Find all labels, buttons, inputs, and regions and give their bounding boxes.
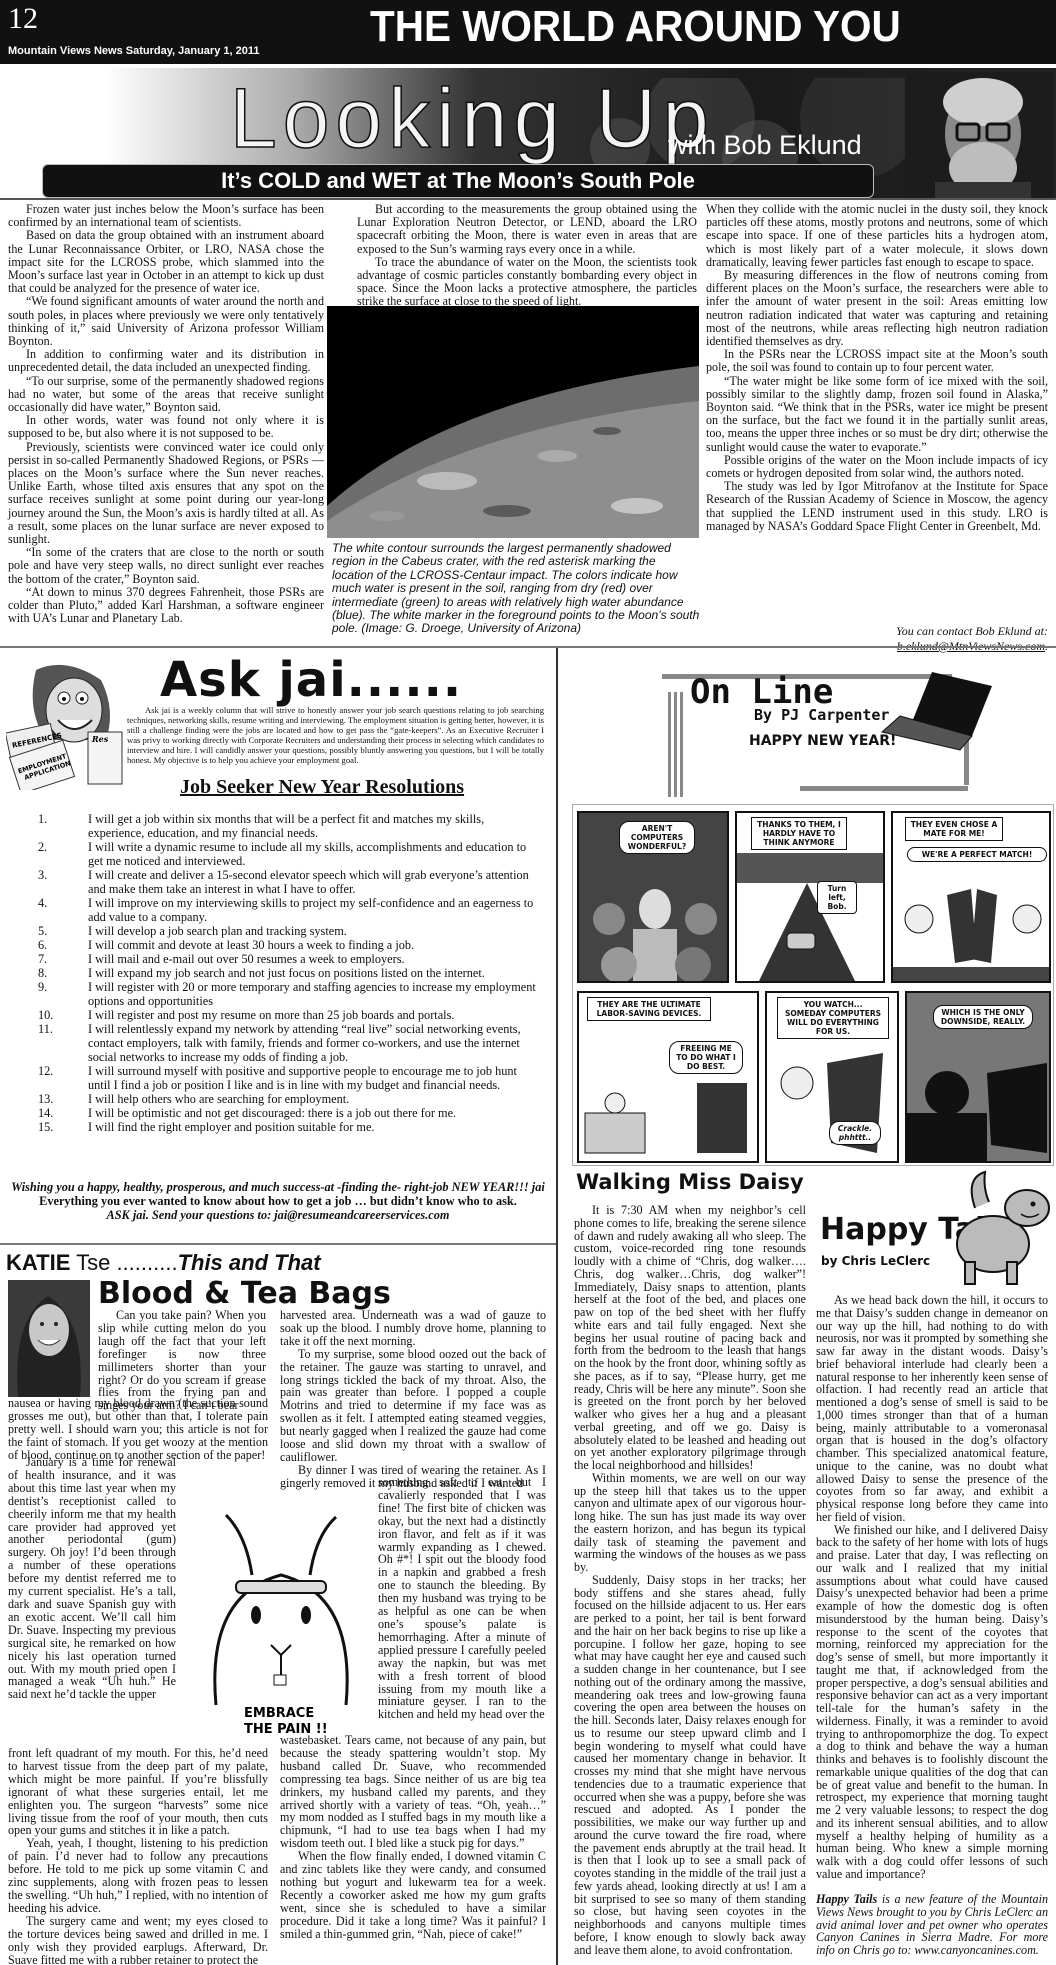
item-number: 10. <box>38 1008 88 1022</box>
armchair-drawing-icon <box>579 1083 759 1163</box>
paragraph: Previously, scientists were convinced wa… <box>8 441 324 547</box>
list-item: 13.I will help others who are searching … <box>38 1092 538 1106</box>
bunny-embrace-the-pain-illustration: EMBRACE THE PAIN !! <box>186 1505 376 1745</box>
item-number: 8. <box>38 966 88 980</box>
list-item: 6.I will commit and devote at least 30 h… <box>38 938 538 952</box>
author-photo-katie-tse <box>8 1280 90 1397</box>
paragraph: nausea or having my blood drawn (the suc… <box>8 1397 268 1462</box>
item-number: 12. <box>38 1064 88 1092</box>
happy-tails-byline: by Chris LeClerc <box>821 1254 930 1268</box>
ask-jai-intro: Ask jai is a weekly column that will str… <box>127 705 544 765</box>
item-text: I will mail and e-mail out over 50 resum… <box>88 952 538 966</box>
caption-box: THANKS TO THEM, I HARDLY HAVE TO THINK A… <box>751 817 847 850</box>
item-text: I will develop a job search plan and tra… <box>88 924 538 938</box>
caption-box: YOU WATCH... SOMEDAY COMPUTERS WILL DO E… <box>777 997 889 1039</box>
katie-column-2-bottom: wastebasket. Tears came, not because of … <box>280 1734 546 1941</box>
speech-balloon: WHICH IS THE ONLY DOWNSIDE, REALLY. <box>933 1005 1033 1029</box>
resolutions-heading: Job Seeker New Year Resolutions <box>180 776 464 799</box>
item-text: I will write a dynamic resume to include… <box>88 840 538 868</box>
item-number: 13. <box>38 1092 88 1106</box>
item-text: I will help others who are searching for… <box>88 1092 538 1106</box>
man-at-computer-drawing-icon <box>767 1043 899 1163</box>
column-divider <box>556 648 558 1965</box>
paragraph: “To our surprise, some of the permanentl… <box>8 375 324 415</box>
item-text: I will create and deliver a 15-second el… <box>88 868 538 896</box>
list-item: 14.I will be optimistic and not get disc… <box>38 1106 538 1120</box>
online-byline: By PJ Carpenter <box>754 706 889 724</box>
item-number: 3. <box>38 868 88 896</box>
item-number: 14. <box>38 1106 88 1120</box>
byline-surname: Tse .......... <box>70 1250 177 1275</box>
list-item: 7.I will mail and e-mail out over 50 res… <box>38 952 538 966</box>
moon-article-column-3: When they collide with the atomic nuclei… <box>706 203 1048 533</box>
speech-balloon: Turn left, Bob. <box>817 881 857 914</box>
item-text: I will expand my job search and not just… <box>88 966 538 980</box>
paragraph: By measuring differences in the flow of … <box>706 269 1048 348</box>
author-contact: You can contact Bob Eklund at: b.eklund@… <box>744 624 1048 654</box>
list-item: 5.I will develop a job search plan and t… <box>38 924 538 938</box>
paragraph: “The water might be like some form of ic… <box>706 375 1048 454</box>
laptop-icon <box>882 672 992 750</box>
speech-balloon: FREEING ME TO DO WHAT I DO BEST. <box>669 1041 743 1074</box>
item-number: 11. <box>38 1022 88 1064</box>
item-number: 6. <box>38 938 88 952</box>
katie-column-1-bottom: front left quadrant of my mouth. For thi… <box>8 1747 268 1965</box>
moon-crater-photo <box>327 306 699 538</box>
comic-panel-3: THEY EVEN CHOSE A MATE FOR ME! WE'RE A P… <box>891 811 1051 983</box>
ask-jai-title: Ask jai...... <box>160 652 462 708</box>
ask-jai-illustration: REFERENCES EMPLOYMENT APPLICATION Res <box>6 660 124 790</box>
paragraph: To trace the abundance of water on the M… <box>357 256 697 309</box>
item-text: I will relentlessly expand my network by… <box>88 1022 538 1064</box>
comic-panel-1: AREN'T COMPUTERS WONDERFUL? <box>577 811 729 983</box>
paragraph: harvested area. Underneath was a wad of … <box>280 1309 546 1348</box>
item-text: I will commit and devote at least 30 hou… <box>88 938 538 952</box>
list-item: 4.I will improve on my interviewing skil… <box>38 896 538 924</box>
item-text: I will register with 20 or more temporar… <box>88 980 538 1008</box>
paragraph: When the flow finally ended, I downed vi… <box>280 1850 546 1940</box>
paragraph: But according to the measurements the gr… <box>357 203 697 256</box>
paragraph: In the PSRs near the LCROSS impact site … <box>706 348 1048 374</box>
paragraph: In other words, water was found not only… <box>8 414 324 440</box>
item-number: 2. <box>38 840 88 868</box>
item-number: 7. <box>38 952 88 966</box>
contact-prefix: You can contact Bob Eklund at: <box>896 624 1048 638</box>
paragraph: As we head back down the hill, it occurs… <box>816 1294 1048 1524</box>
comic-panel-6: WHICH IS THE ONLY DOWNSIDE, REALLY. <box>905 991 1051 1163</box>
column-byline: with Bob Eklund <box>668 130 862 161</box>
happy-tails-footer: Happy Tails is a new feature of the Moun… <box>816 1893 1048 1957</box>
speech-balloon: WE'RE A PERFECT MATCH! <box>907 847 1047 862</box>
resolutions-list: 1.I will get a job within six months tha… <box>38 812 538 1134</box>
list-item: 1.I will get a job within six months tha… <box>38 812 538 840</box>
item-number: 5. <box>38 924 88 938</box>
comic-panel-4: THEY ARE THE ULTIMATE LABOR-SAVING DEVIC… <box>577 991 759 1163</box>
paragraph: “In some of the craters that are close t… <box>8 546 324 586</box>
katie-tse-byline: KATIE Tse ..........This and That <box>6 1250 321 1276</box>
headline-bar: It’s COLD and WET at The Moon’s South Po… <box>42 164 874 198</box>
comic-panel-2: THANKS TO THEM, I HARDLY HAVE TO THINK A… <box>735 811 885 983</box>
section-divider <box>0 1243 556 1245</box>
katie-column-2-top: harvested area. Underneath was a wad of … <box>280 1309 546 1490</box>
list-item: 10.I will register and post my resume on… <box>38 1008 538 1022</box>
comic-panel-5: YOU WATCH... SOMEDAY COMPUTERS WILL DO E… <box>765 991 899 1163</box>
column-logo-looking-up: Looking Up <box>230 70 715 167</box>
svg-text:THE PAIN !!: THE PAIN !! <box>244 1722 328 1737</box>
katie-article-title: Blood & Tea Bags <box>98 1276 391 1311</box>
item-number: 1. <box>38 812 88 840</box>
crowd-drawing-icon <box>579 869 729 983</box>
publication-line: Mountain Views News Saturday, January 1,… <box>8 45 259 57</box>
paragraph: “At down to minus 370 degrees Fahrenheit… <box>8 586 324 626</box>
paragraph: Based on data the group obtained with an… <box>8 229 324 295</box>
list-item: 3.I will create and deliver a 15-second … <box>38 868 538 896</box>
walking-daisy-column-2: As we head back down the hill, it occurs… <box>816 1294 1048 1881</box>
sound-effect-balloon: Crackle. phhttt.. <box>829 1121 881 1145</box>
masthead: 12 Mountain Views News Saturday, January… <box>0 0 1056 64</box>
svg-text:Res: Res <box>91 734 109 744</box>
paragraph: January is a time for renewal of health … <box>8 1456 176 1701</box>
list-item: 9.I will register with 20 or more tempor… <box>38 980 538 1008</box>
list-item: 15.I will find the right employer and po… <box>38 1120 538 1134</box>
paragraph: Suddenly, Daisy stops in her tracks; her… <box>574 1574 806 1957</box>
paragraph: To my surprise, some blood oozed out the… <box>280 1348 546 1464</box>
paragraph: We finished our hike, and I delivered Da… <box>816 1524 1048 1881</box>
article-headline: It’s COLD and WET at The Moon’s South Po… <box>43 165 873 197</box>
item-text: I will find the right employer and posit… <box>88 1120 538 1134</box>
paragraph: Yeah, yeah, I thought, listening to his … <box>8 1837 268 1914</box>
item-text: I will improve on my interviewing skills… <box>88 896 538 924</box>
ask-jai-closing: Wishing you a happy, healthy, prosperous… <box>6 1180 550 1222</box>
paragraph: “We found significant amounts of water a… <box>8 295 324 348</box>
comic-strip: AREN'T COMPUTERS WONDERFUL? THANKS TO TH… <box>572 804 1054 1166</box>
paragraph: wastebasket. Tears came, not because of … <box>280 1734 546 1850</box>
item-number: 15. <box>38 1120 88 1134</box>
walking-daisy-column-1: It is 7:30 AM when my neighbor’s cell ph… <box>574 1204 806 1956</box>
paragraph: front left quadrant of my mouth. For thi… <box>8 1747 268 1837</box>
paragraph: The study was led by Igor Mitrofanov at … <box>706 480 1048 533</box>
page-number: 12 <box>8 2 38 36</box>
road-drawing-icon <box>737 853 885 983</box>
closing-wish: Wishing you a happy, healthy, prosperous… <box>6 1180 550 1194</box>
paragraph: Frozen water just inches below the Moon’… <box>8 203 324 229</box>
speech-balloon: AREN'T COMPUTERS WONDERFUL? <box>619 821 695 854</box>
paragraph: something soft to eat, but I cavalierly … <box>378 1476 546 1721</box>
caption-box: THEY ARE THE ULTIMATE LABOR-SAVING DEVIC… <box>587 997 711 1021</box>
paragraph: Possible origins of the water on the Moo… <box>706 454 1048 480</box>
list-item: 8.I will expand my job search and not ju… <box>38 966 538 980</box>
paragraph: The surgery came and went; my eyes close… <box>8 1915 268 1965</box>
svg-text:EMBRACE: EMBRACE <box>244 1706 314 1721</box>
online-greeting: HAPPY NEW YEAR! <box>749 733 896 749</box>
list-item: 12.I will surround myself with positive … <box>38 1064 538 1092</box>
photo-caption: The white contour surrounds the largest … <box>332 542 700 636</box>
moon-article-column-1: Frozen water just inches below the Moon’… <box>8 203 324 626</box>
dog-icon <box>935 1168 1055 1288</box>
caption-box: THEY EVEN CHOSE A MATE FOR ME! <box>905 817 1003 841</box>
author-photo-bob-eklund <box>905 72 1053 198</box>
moon-article-column-2: But according to the measurements the gr… <box>357 203 697 309</box>
two-monitors-drawing-icon <box>893 875 1051 983</box>
paragraph: When they collide with the atomic nuclei… <box>706 203 1048 269</box>
paragraph: It is 7:30 AM when my neighbor’s cell ph… <box>574 1204 806 1472</box>
item-text: I will be optimistic and not get discour… <box>88 1106 538 1120</box>
silhouette-drawing-icon <box>907 1053 1051 1163</box>
item-text: I will surround myself with positive and… <box>88 1064 538 1092</box>
item-number: 4. <box>38 896 88 924</box>
item-number: 9. <box>38 980 88 1008</box>
list-item: 2.I will write a dynamic resume to inclu… <box>38 840 538 868</box>
walking-daisy-title: Walking Miss Daisy <box>576 1170 804 1194</box>
paragraph: Within moments, we are well on our way u… <box>574 1472 806 1574</box>
list-item: 11.I will relentlessly expand my network… <box>38 1022 538 1064</box>
item-text: I will get a job within six months that … <box>88 812 538 840</box>
paragraph: In addition to confirming water and its … <box>8 348 324 374</box>
item-text: I will register and post my resume on mo… <box>88 1008 538 1022</box>
byline-name: KATIE <box>6 1250 70 1275</box>
section-title: THE WORLD AROUND YOU <box>370 2 901 52</box>
byline-column: This and That <box>178 1250 321 1275</box>
closing-contact: ASK jai. Send your questions to: jai@res… <box>6 1208 550 1222</box>
section-divider <box>0 646 1056 648</box>
closing-tagline: Everything you ever wanted to know about… <box>6 1194 550 1208</box>
